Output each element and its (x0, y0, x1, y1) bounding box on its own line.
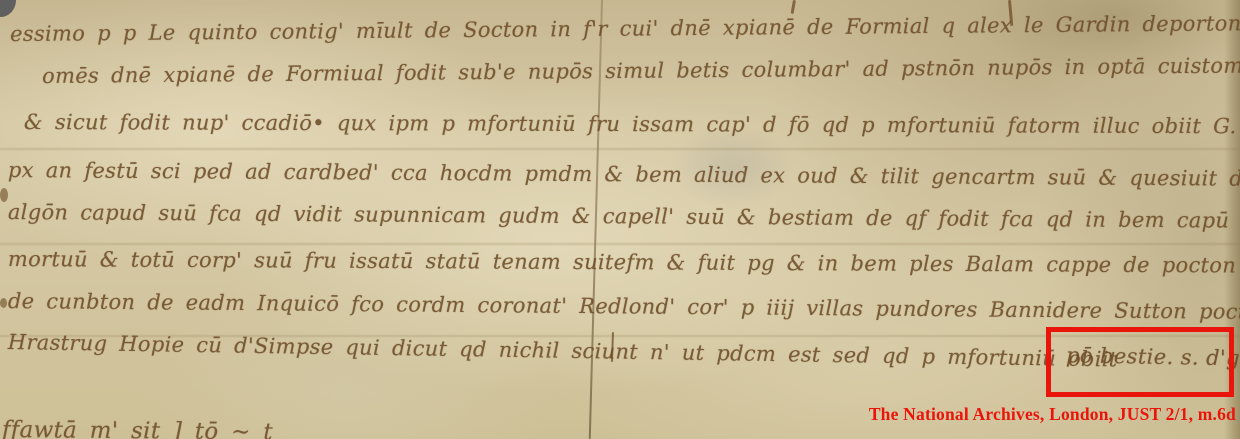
manuscript-partial-line: ffawtā m' sit ] tō ~ t (2, 417, 273, 439)
horizontal-crease (0, 242, 1240, 246)
manuscript-line: px an festū sci ped ad cardbed' cca hocd… (8, 158, 1240, 191)
manuscript-line: algōn capud suū fca qd vidit supunnicam … (8, 200, 1240, 233)
manuscript-line: omēs dnē xpianē de Formiual fodit sub'e … (42, 53, 1240, 88)
manuscript-line: & sicut fodit nup' ccadiō• qux ipm p mfo… (24, 110, 1240, 139)
ink-blot (0, 298, 7, 308)
red-highlight-box (1046, 327, 1234, 397)
horizontal-crease (0, 147, 1240, 151)
manuscript-photo: essimo p p Le quinto contig' mīult de So… (0, 0, 1240, 439)
manuscript-line: essimo p p Le quinto contig' mīult de So… (10, 11, 1240, 46)
dark-corner-top-left (0, 0, 16, 17)
ink-blot (0, 188, 8, 202)
ink-flourish (791, 0, 796, 14)
manuscript-line: mortuū & totū corp' suū fru issatū statū… (8, 247, 1240, 278)
manuscript-line: de cunbton de eadm Inquicō fco cordm cor… (8, 289, 1240, 324)
archive-caption: The National Archives, London, JUST 2/1,… (869, 404, 1236, 425)
